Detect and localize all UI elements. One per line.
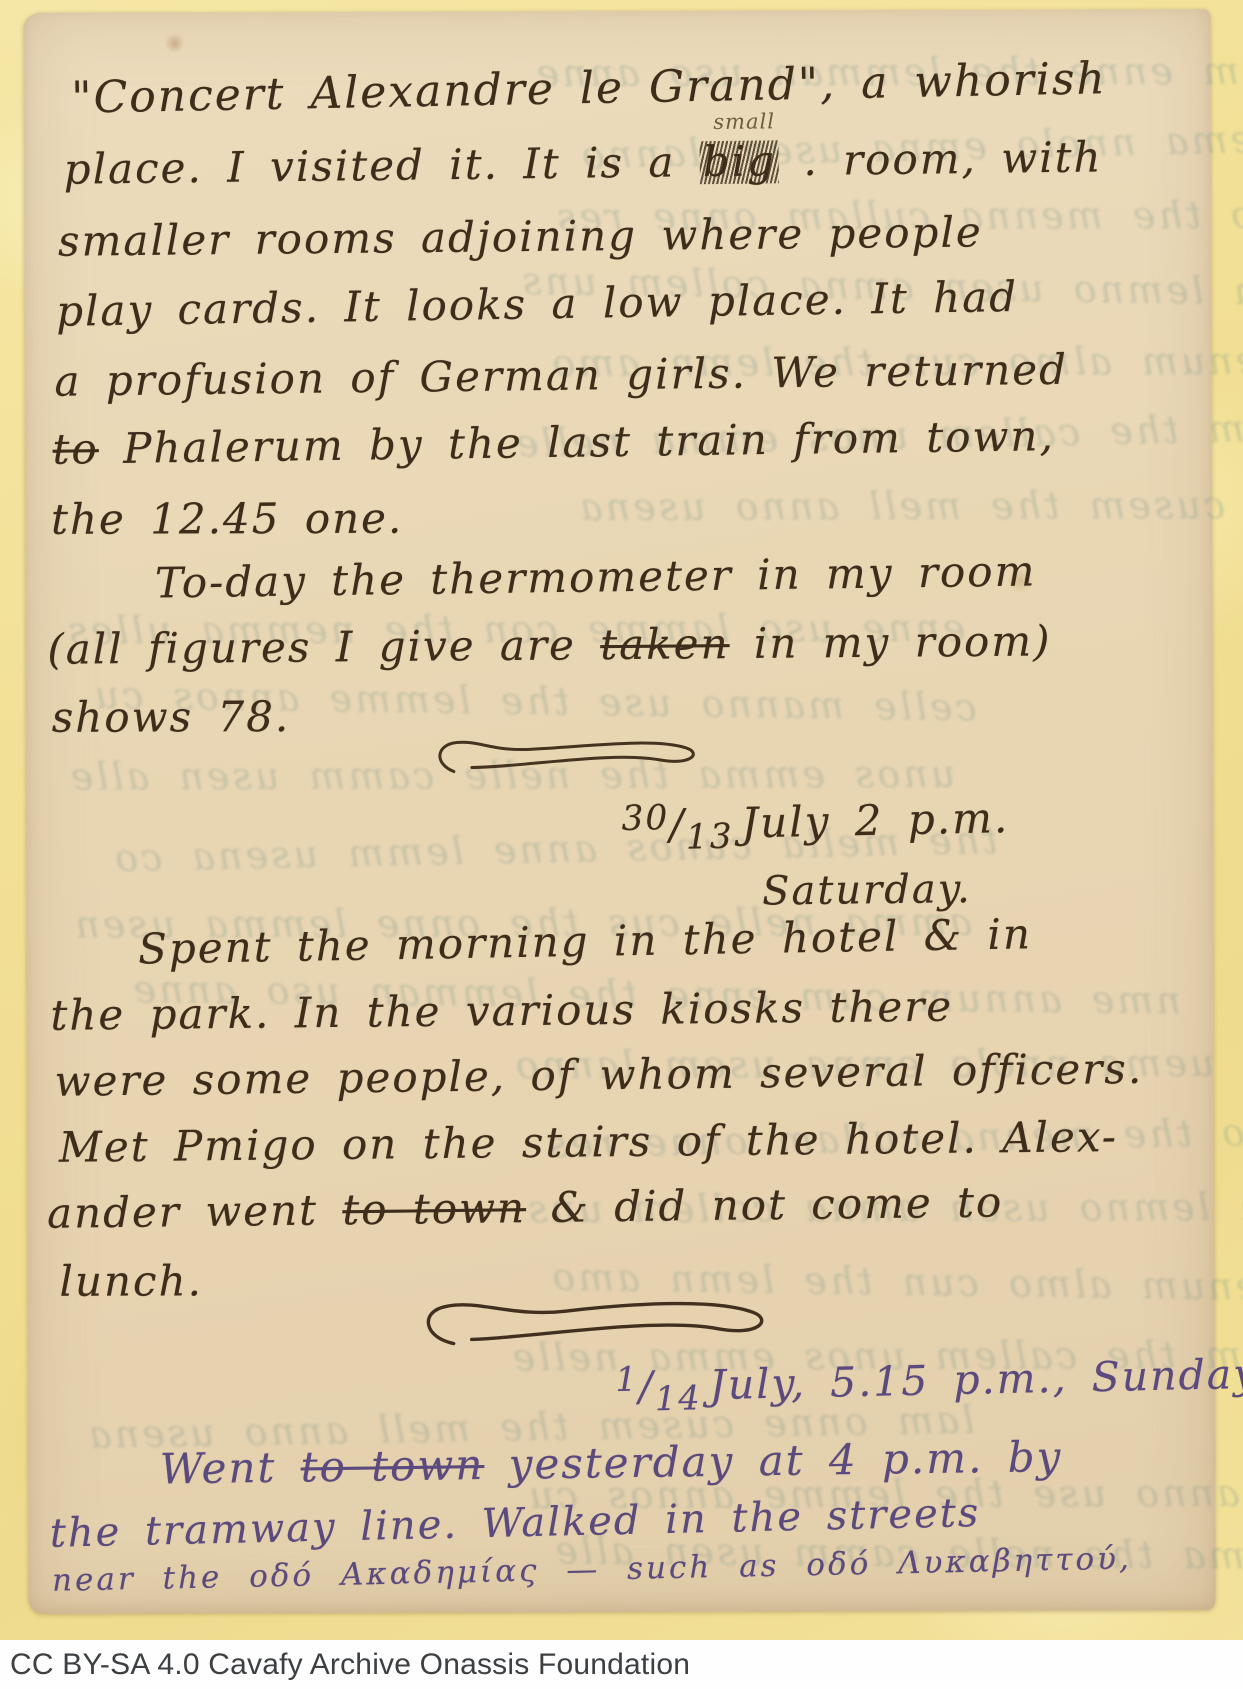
paper-sheet: nme annum cum enne the lemman uso anne a… (23, 9, 1215, 1614)
manuscript-line: (all figures I give are taken in my room… (47, 616, 1052, 674)
line-text: ander went (47, 1186, 319, 1238)
date-old-style: 30 (621, 798, 670, 839)
struck-word: to (52, 424, 99, 474)
pen-flourish-icon (414, 1292, 786, 1365)
manuscript-line: smaller rooms adjoining where people (58, 207, 983, 266)
struck-words: to town (342, 1183, 526, 1234)
pen-flourish-divider (430, 731, 716, 794)
pen-flourish-divider (414, 1292, 786, 1365)
entry-date: 30/13July 2 p.m. (621, 793, 1010, 851)
manuscript-line: "Concert Alexandre le Grand", a whorish (71, 53, 1107, 124)
line-text: Phalerum by the last train from town, (123, 411, 1055, 473)
date-text: July, 5.15 p.m., Sunday. (709, 1350, 1243, 1409)
inserted-word: small (713, 109, 775, 134)
date-new-style: 13 (685, 817, 734, 858)
struck-word: taken (600, 619, 730, 669)
date-old-style: 1 (615, 1360, 639, 1399)
date-slash: / (638, 1362, 655, 1410)
date-slash: / (669, 800, 686, 849)
line-text: (all figures I give are (47, 620, 576, 673)
entry-day: Saturday. (762, 866, 972, 916)
manuscript-line: Met Pmigo on the stairs of the hotel. Al… (59, 1112, 1119, 1172)
manuscript-line: Spent the morning in the hotel & in (138, 909, 1033, 974)
line-text: yesterday at 4 p.m. by (508, 1432, 1062, 1489)
line-text: in my room) (754, 616, 1052, 667)
manuscript-line: the park. In the various kiosks there (50, 982, 953, 1041)
ink-bleedthrough-line: lam onne cusem the mell anno usena (577, 482, 1243, 529)
manuscript-line: To-day the thermometer in my room (155, 546, 1037, 608)
manuscript-line: shows 78. (52, 692, 291, 742)
license-text: CC BY-SA 4.0 Cavafy Archive Onassis Foun… (10, 1640, 690, 1689)
manuscript-line: a profusion of German girls. We returned (54, 345, 1068, 407)
pen-flourish-icon (430, 731, 716, 794)
line-text: & did not come to (550, 1177, 1003, 1231)
date-text: July 2 p.m. (741, 793, 1010, 848)
line-text: . room, with (803, 132, 1103, 185)
license-bar: CC BY-SA 4.0 Cavafy Archive Onassis Foun… (0, 1640, 1243, 1689)
struck-words: to town (300, 1440, 484, 1491)
manuscript-line: to Phalerum by the last train from town, (52, 411, 1055, 474)
manuscript-line: ander went to town & did not come to (47, 1177, 1004, 1238)
manuscript-line: lunch. (59, 1256, 203, 1306)
manuscript-line: were some people, of whom several office… (54, 1044, 1143, 1106)
line-text: place. I visited it. It is a (63, 137, 675, 193)
manuscript-line: the 12.45 one. (51, 494, 403, 545)
manuscript-line: place. I visited it. It is a big small .… (63, 132, 1102, 194)
paper-stain (164, 34, 186, 52)
scanned-page: nme annum cum enne the lemman uso anne a… (0, 0, 1243, 1689)
manuscript-line: play cards. It looks a low place. It had (56, 272, 1019, 336)
manuscript-line: Went to town yesterday at 4 p.m. by (159, 1432, 1062, 1494)
line-text: Went (159, 1443, 276, 1494)
correction: big small (699, 136, 779, 186)
date-new-style: 14 (654, 1378, 702, 1418)
struck-word: big (699, 136, 779, 186)
